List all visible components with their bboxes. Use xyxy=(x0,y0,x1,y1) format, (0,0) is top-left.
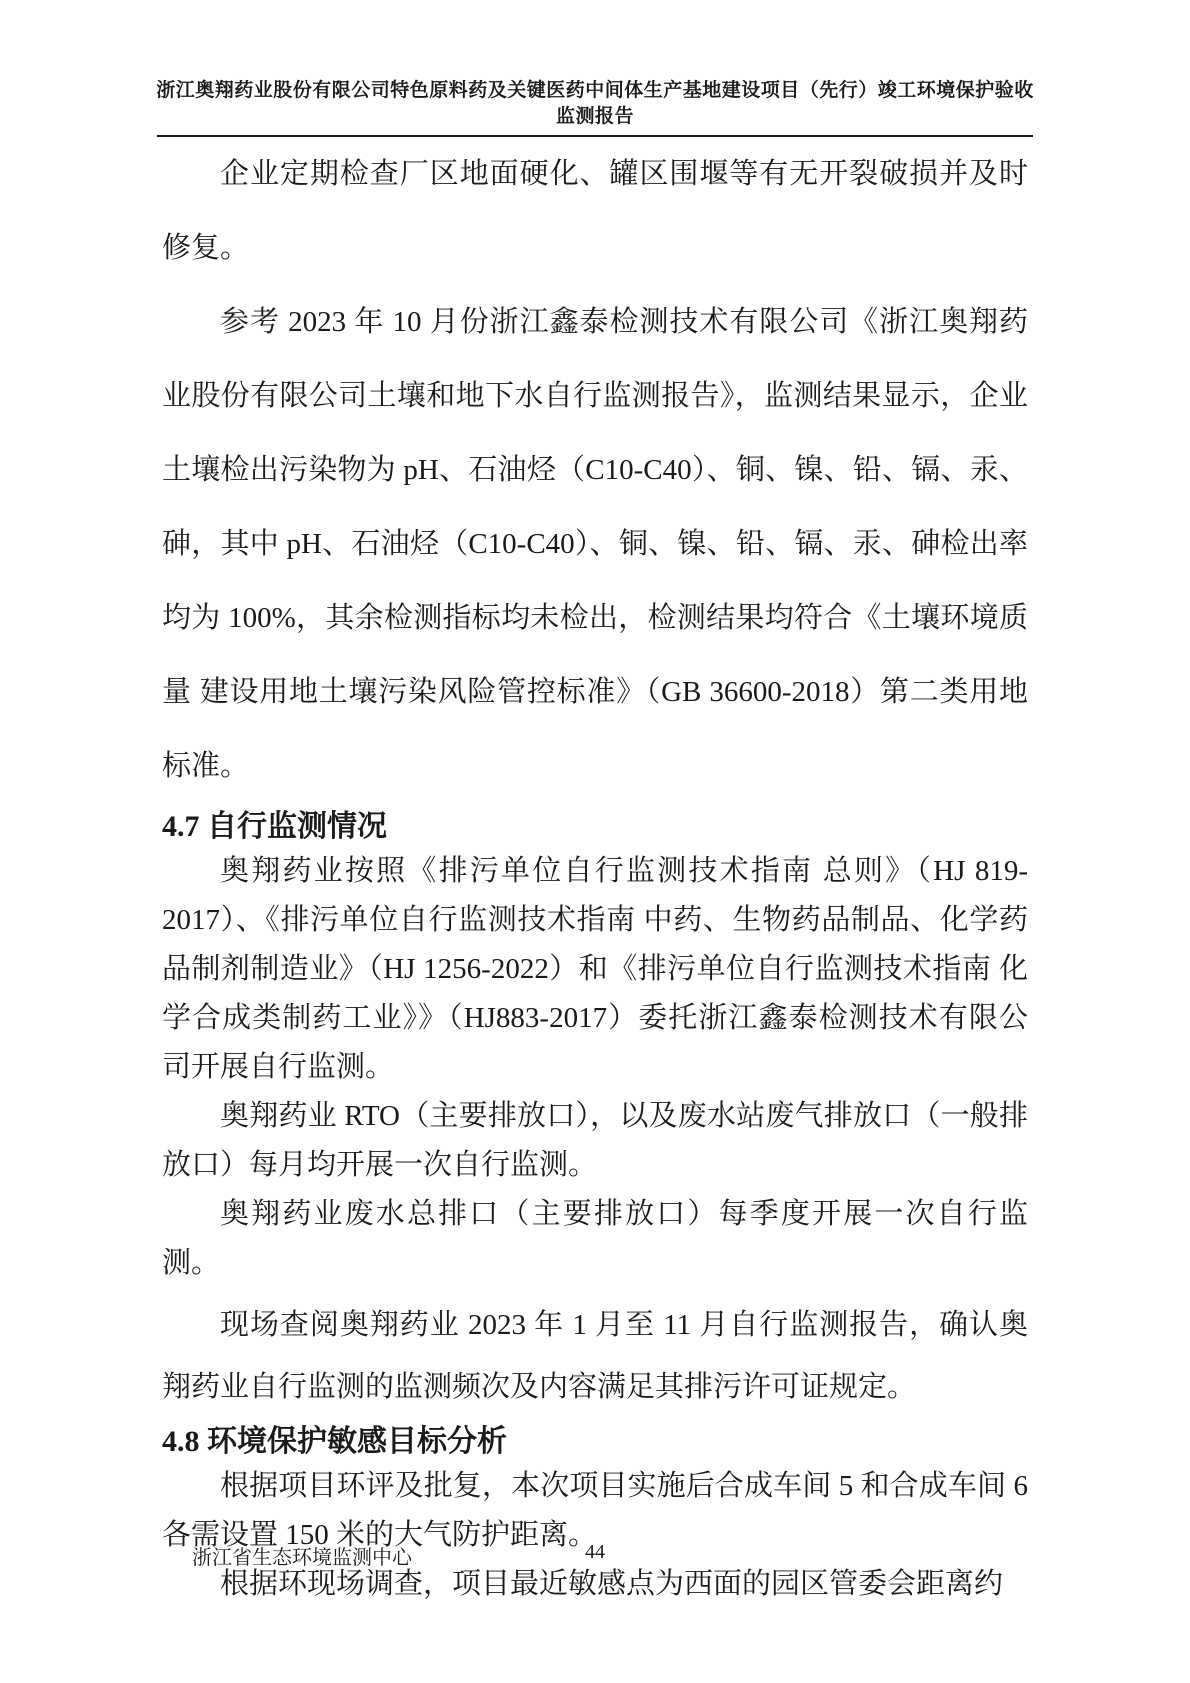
paragraph: 参考 2023 年 10 月份浙江鑫泰检测技术有限公司《浙江奥翔药业股份有限公司… xyxy=(162,285,1028,803)
document-body: 企业定期检查厂区地面硬化、罐区围堰等有无开裂破损并及时修复。参考 2023 年 … xyxy=(162,137,1028,1609)
paragraph: 奥翔药业 RTO（主要排放口），以及废水站废气排放口（一般排放口）每月均开展一次… xyxy=(162,1092,1028,1190)
document-page: 浙江奥翔药业股份有限公司特色原料药及关键医药中间体生产基地建设项目（先行）竣工环… xyxy=(0,0,1190,1683)
page-footer: 浙江省生态环境监测中心 44 xyxy=(0,1541,1190,1571)
page-header: 浙江奥翔药业股份有限公司特色原料药及关键医药中间体生产基地建设项目（先行）竣工环… xyxy=(153,0,1037,137)
section-heading: 4.8 环境保护敏感目标分析 xyxy=(162,1424,1028,1460)
paragraph: 现场查阅奥翔药业 2023 年 1 月至 11 月自行监测报告，确认奥翔药业自行… xyxy=(162,1294,1028,1418)
section-heading: 4.7 自行监测情况 xyxy=(162,809,1028,845)
paragraph: 奥翔药业废水总排口（主要排放口）每季度开展一次自行监测。 xyxy=(162,1190,1028,1288)
page-number: 44 xyxy=(0,1541,1190,1564)
paragraph: 奥翔药业按照《排污单位自行监测技术指南 总则》（HJ 819-2017）、《排污… xyxy=(162,847,1028,1092)
paragraph: 企业定期检查厂区地面硬化、罐区围堰等有无开裂破损并及时修复。 xyxy=(162,137,1028,285)
report-title: 浙江奥翔药业股份有限公司特色原料药及关键医药中间体生产基地建设项目（先行）竣工环… xyxy=(153,78,1037,130)
